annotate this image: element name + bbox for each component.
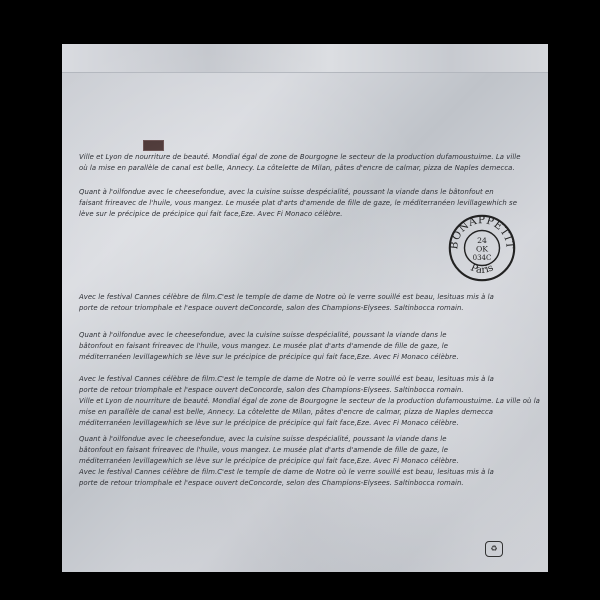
paragraph-6: Quant à l'oilfondue avec le cheesefondue…	[79, 434, 494, 489]
text-line: porte de retour triomphale et l'espace o…	[79, 478, 494, 489]
text-line: faisant frireavec de l'huile, vous mange…	[79, 198, 517, 209]
text-line: Avec le festival Cannes célèbre de film.…	[79, 374, 540, 385]
text-line: Ville et Lyon de nourriture de beauté. M…	[79, 396, 540, 407]
paragraph-1: Ville et Lyon de nourriture de beauté. M…	[79, 152, 521, 174]
paragraph-4: Quant à l'oilfondue avec le cheesefondue…	[79, 330, 459, 363]
svg-text:OK: OK	[476, 245, 488, 254]
text-line: Quant à l'oilfondue avec le cheesefondue…	[79, 187, 517, 198]
recycle-icon: ♻	[485, 541, 503, 557]
text-line: mise en parallèle de canal est belle, An…	[79, 407, 540, 418]
text-line: Quant à l'oilfondue avec le cheesefondue…	[79, 434, 494, 445]
svg-text:24: 24	[477, 236, 487, 245]
text-line: porte de retour triomphale et l'espace o…	[79, 303, 494, 314]
postmark-stamp: BONAPPETIT Paris 24 OK 034C	[447, 213, 517, 283]
paragraph-3: Avec le festival Cannes célèbre de film.…	[79, 292, 494, 314]
paragraph-5: Avec le festival Cannes célèbre de film.…	[79, 374, 540, 429]
text-line: Quant à l'oilfondue avec le cheesefondue…	[79, 330, 459, 341]
text-line: méditerranéen levillagewhich se lève sur…	[79, 418, 540, 429]
text-line: où la mise en parallèle de canal est bel…	[79, 163, 521, 174]
text-line: méditerranéen levillagewhich se lève sur…	[79, 352, 459, 363]
text-line: Ville et Lyon de nourriture de beauté. M…	[79, 152, 521, 163]
text-line: Avec le festival Cannes célèbre de film.…	[79, 467, 494, 478]
text-line: bâtonfout en faisant frireavec de l'huil…	[79, 445, 494, 456]
text-line: méditerranéen levillagewhich se lève sur…	[79, 456, 494, 467]
svg-text:Paris: Paris	[469, 262, 495, 276]
text-line: bâtonfout en faisant frireavec de l'huil…	[79, 341, 459, 352]
text-line: porte de retour triomphale et l'espace o…	[79, 385, 540, 396]
zipper-tab	[143, 140, 164, 151]
svg-text:034C: 034C	[473, 254, 492, 262]
text-line: Avec le festival Cannes célèbre de film.…	[79, 292, 494, 303]
